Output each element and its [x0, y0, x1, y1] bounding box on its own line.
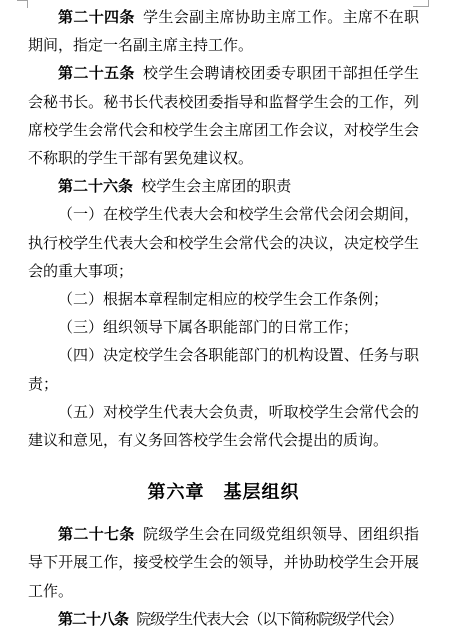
article-24-number: 第二十四条	[58, 10, 135, 26]
duty-item-1: （一）在校学生代表大会和校学生会常代会闭会期间，执行校学生代表大会和校学生会常代…	[28, 201, 419, 286]
article-25-number: 第二十五条	[58, 66, 135, 82]
article-25-paragraph: 第二十五条校学生会聘请校团委专职团干部担任学生会秘书长。秘书长代表校团委指导和监…	[28, 60, 419, 173]
duty-item-2-text: （二）根据本章程制定相应的校学生会工作条例；	[58, 292, 388, 308]
duty-item-5: （五）对校学生代表大会负责，听取校学生会常代会的建议和意见，有义务回答校学生会常…	[28, 399, 419, 455]
article-27-number: 第二十七条	[58, 527, 135, 543]
article-28-text: 院级学生代表大会（以下简称院级学代会）	[136, 612, 402, 628]
duty-item-5-text: （五）对校学生代表大会负责，听取校学生会常代会的建议和意见，有义务回答校学生会常…	[28, 405, 419, 449]
duty-item-2: （二）根据本章程制定相应的校学生会工作条例；	[28, 286, 419, 314]
margin-mark-left	[17, 0, 28, 8]
chapter-heading: 第六章 基层组织	[28, 479, 419, 505]
article-28-number: 第二十八条	[58, 612, 128, 628]
article-26-paragraph: 第二十六条校学生会主席团的职责	[28, 173, 419, 201]
duty-item-4: （四）决定校学生会各职能部门的机构设置、任务与职责；	[28, 342, 419, 398]
duty-item-3: （三）组织领导下属各职能部门的日常工作；	[28, 314, 419, 342]
duty-item-4-text: （四）决定校学生会各职能部门的机构设置、任务与职责；	[28, 348, 419, 392]
article-26-text: 校学生会主席团的职责	[141, 179, 291, 195]
article-27-paragraph: 第二十七条院级学生会在同级党组织领导、团组织指导下开展工作，接受校学生会的领导，…	[28, 521, 419, 606]
article-24-paragraph: 第二十四条学生会副主席协助主席工作。主席不在职期间，指定一名副主席主持工作。	[28, 4, 419, 60]
document-content: 第二十四条学生会副主席协助主席工作。主席不在职期间，指定一名副主席主持工作。 第…	[28, 4, 419, 634]
article-26-number: 第二十六条	[58, 179, 133, 195]
duty-item-3-text: （三）组织领导下属各职能部门的日常工作；	[58, 320, 358, 336]
duty-item-1-text: （一）在校学生代表大会和校学生会常代会闭会期间，执行校学生代表大会和校学生会常代…	[28, 207, 419, 279]
document-page: 第二十四条学生会副主席协助主席工作。主席不在职期间，指定一名副主席主持工作。 第…	[0, 0, 456, 641]
article-28-paragraph: 第二十八条院级学生代表大会（以下简称院级学代会）	[28, 606, 419, 634]
